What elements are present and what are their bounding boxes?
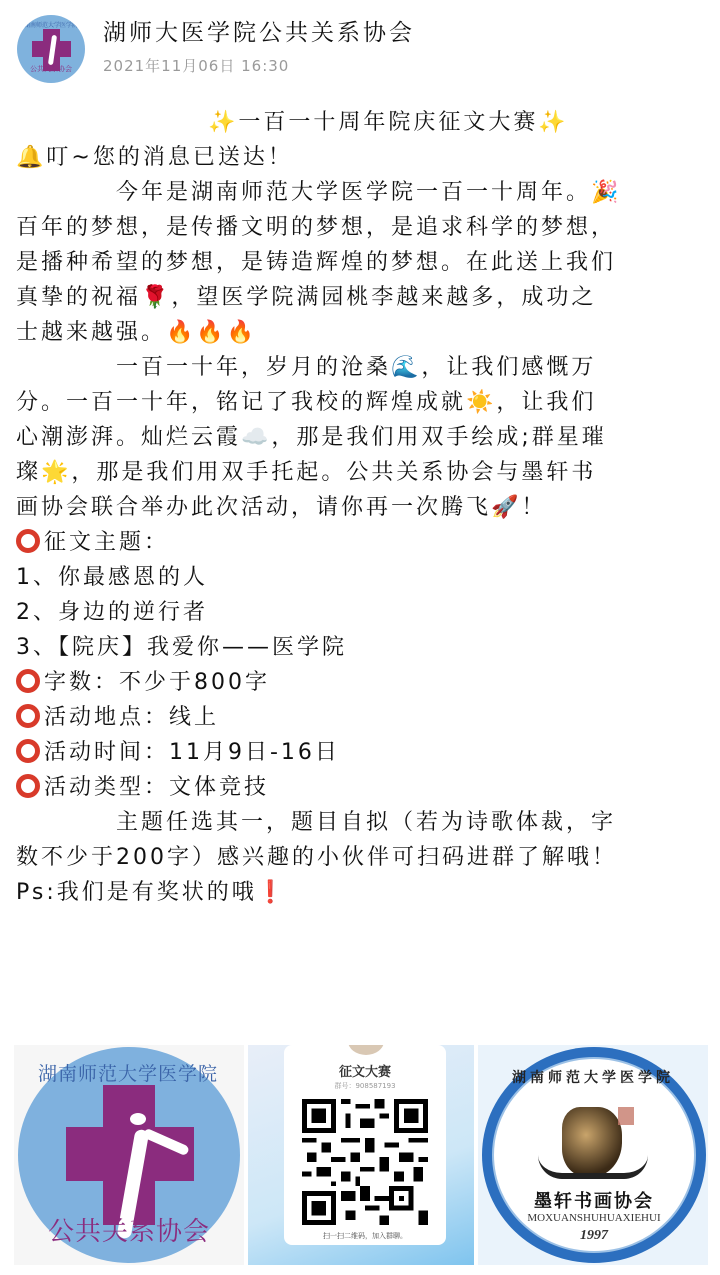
detail-row-type: 活动类型：文体竞技	[16, 770, 706, 805]
qr-group-number: 群号：908587193	[284, 1081, 446, 1091]
calligraphy-association-logo-image[interactable]: 湖南师范大学医学院 墨轩书画协会 MOXUANSHUHUAXIEHUI 1997	[478, 1045, 708, 1265]
qr-code-image[interactable]: 征文大赛 群号：908587193	[248, 1045, 474, 1265]
paragraph-line: 百年的梦想，是传播文明的梦想，是追求科学的梦想，	[16, 210, 706, 245]
paragraph-line: 真挚的祝福🌹，望医学院满园桃李越来越多，成功之	[16, 280, 706, 315]
detail-row-word-count: 字数：不少于800字	[16, 665, 706, 700]
avatar-bottom-text: 公共关系协会	[17, 64, 85, 74]
logo-year: 1997	[478, 1228, 708, 1244]
post-timestamp: 2021年11月06日 16:30	[103, 55, 289, 76]
paragraph-closing: 主题任选其一，题目自拟（若为诗歌体裁，字 数不少于200字）感兴趣的小伙伴可扫码…	[16, 805, 706, 910]
logo-pinyin: MOXUANSHUHUAXIEHUI	[478, 1212, 708, 1224]
qr-caption: 扫一扫二维码，加入群聊。	[284, 1231, 446, 1241]
notice-line: 🔔叮~您的消息已送达！	[16, 140, 706, 175]
paragraph-line: 主题任选其一，题目自拟（若为诗歌体裁，字	[16, 805, 706, 840]
theme-item: 2、身边的逆行者	[16, 595, 706, 630]
theme-heading: 征文主题：	[44, 530, 169, 555]
detail-text: 字数：不少于800字	[44, 670, 270, 695]
post-header: 湖南师范大学医学院 公共关系协会 湖师大医学院公共关系协会 2021年11月06…	[0, 0, 720, 90]
article-title: ✨一百一十周年院庆征文大赛✨	[16, 105, 706, 140]
red-circle-icon	[16, 739, 40, 763]
paragraph-line: 分。一百一十年，铭记了我校的辉煌成就☀️，让我们	[16, 385, 706, 420]
theme-heading-row: 征文主题：	[16, 525, 706, 560]
paragraph-history: 一百一十年，岁月的沧桑🌊，让我们感慨万 分。一百一十年，铭记了我校的辉煌成就☀️…	[16, 350, 706, 525]
red-circle-icon	[16, 774, 40, 798]
logo-arc-text: 湖南师范大学医学院	[28, 1059, 228, 1086]
theme-item: 3、【院庆】我爱你——医学院	[16, 630, 706, 665]
detail-row-location: 活动地点：线上	[16, 700, 706, 735]
qr-card: 征文大赛 群号：908587193	[284, 1045, 446, 1245]
group-avatar	[348, 1045, 384, 1055]
red-circle-icon	[16, 529, 40, 553]
qr-group-title: 征文大赛	[284, 1061, 446, 1080]
logo-bottom-text: 公共关系协会	[14, 1211, 244, 1248]
paragraph-line: 士越来越强。🔥🔥🔥	[16, 315, 706, 350]
paragraph-line: 数不少于200字）感兴趣的小伙伴可扫码进群了解哦！	[16, 840, 706, 875]
red-circle-icon	[16, 704, 40, 728]
paragraph-line: Ps:我们是有奖状的哦❗	[16, 875, 706, 910]
theme-item: 1、你最感恩的人	[16, 560, 706, 595]
detail-text: 活动类型：文体竞技	[44, 775, 269, 800]
paragraph-line: 画协会联合举办此次活动，请你再一次腾飞🚀！	[16, 490, 706, 525]
account-name[interactable]: 湖师大医学院公共关系协会	[103, 14, 415, 47]
post-content: ✨一百一十周年院庆征文大赛✨ 🔔叮~您的消息已送达！ 今年是湖南师范大学医学院一…	[16, 105, 706, 910]
paragraph-line: 今年是湖南师范大学医学院一百一十周年。🎉	[16, 175, 706, 210]
figure-head-icon	[130, 1113, 146, 1125]
detail-text: 活动时间：11月9日-16日	[44, 740, 340, 765]
avatar-ring-text: 湖南师范大学医学院	[23, 20, 79, 29]
pr-association-logo-image[interactable]: 湖南师范大学医学院 公共关系协会	[14, 1045, 244, 1265]
image-row: 湖南师范大学医学院 公共关系协会 征文大赛 群号：908587193	[14, 1045, 708, 1265]
red-circle-icon	[16, 669, 40, 693]
logo-arc-text: 湖南师范大学医学院	[508, 1067, 678, 1087]
ink-swirl-icon	[538, 1155, 648, 1179]
seal-stamp-icon	[618, 1107, 634, 1125]
qr-code-icon	[300, 1099, 430, 1225]
paragraph-intro: 今年是湖南师范大学医学院一百一十周年。🎉 百年的梦想，是传播文明的梦想，是追求科…	[16, 175, 706, 350]
account-avatar[interactable]: 湖南师范大学医学院 公共关系协会	[17, 15, 85, 83]
detail-row-time: 活动时间：11月9日-16日	[16, 735, 706, 770]
paragraph-line: 一百一十年，岁月的沧桑🌊，让我们感慨万	[16, 350, 706, 385]
paragraph-line: 璨🌟，那是我们用双手托起。公共关系协会与墨轩书	[16, 455, 706, 490]
paragraph-line: 是播种希望的梦想，是铸造辉煌的梦想。在此送上我们	[16, 245, 706, 280]
detail-text: 活动地点：线上	[44, 705, 219, 730]
logo-name: 墨轩书画协会	[478, 1187, 708, 1213]
paragraph-line: 心潮澎湃。灿烂云霞☁️，那是我们用双手绘成;群星璀	[16, 420, 706, 455]
